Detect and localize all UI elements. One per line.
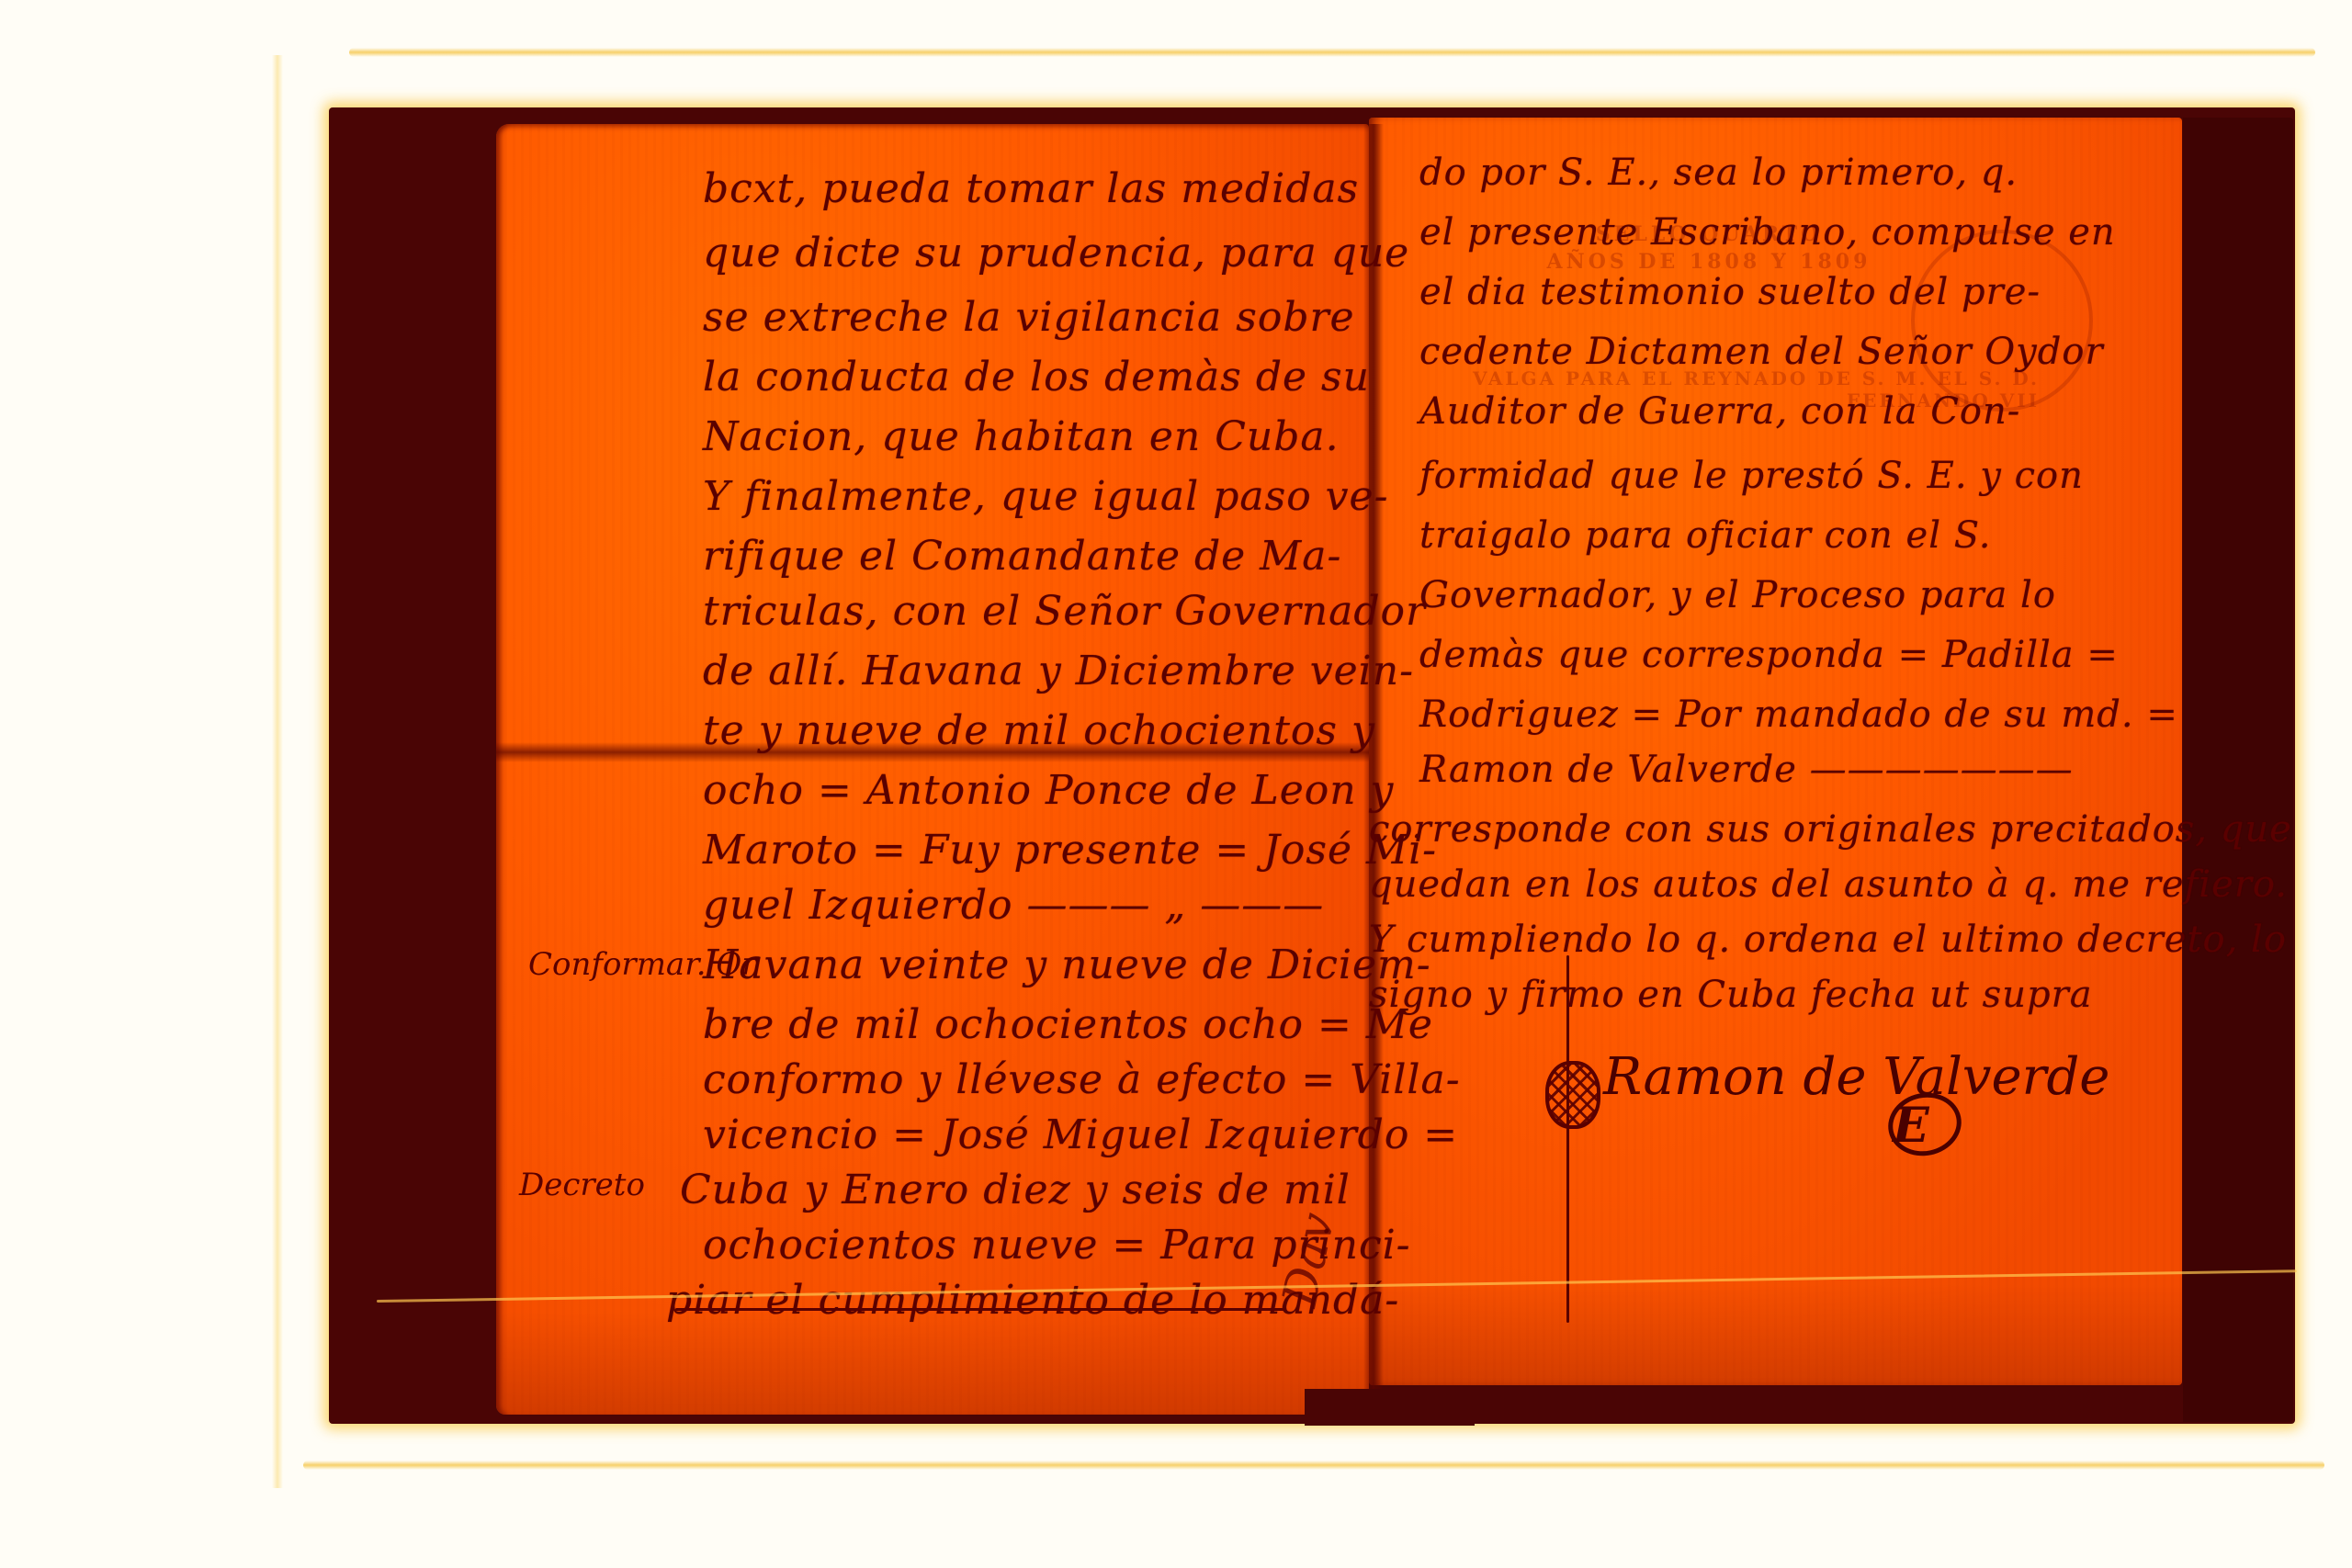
manuscript-line: Y cumpliendo lo q. ordena el ultimo decr… <box>1369 919 2287 961</box>
manuscript-line: traigalo para oficiar con el S. <box>1419 514 1991 557</box>
manuscript-line: la conducta de los demàs de su <box>703 354 1370 400</box>
manuscript-line: triculas, con el Señor Governador <box>703 588 1426 635</box>
manuscript-line: cedente Dictamen del Señor Oydor <box>1419 331 2104 373</box>
mount-edge-top <box>349 48 2315 57</box>
manuscript-line: Y finalmente, que igual paso ve- <box>703 473 1388 520</box>
manuscript-line: Cuba y Enero diez y seis de mil <box>680 1167 1351 1213</box>
manuscript-line: Auditor de Guerra, con la Con- <box>1419 390 2020 433</box>
manuscript-line: de allí. Havana y Diciembre vein- <box>703 648 1414 694</box>
page-shadow <box>1305 1389 1475 1426</box>
notarial-sign-knot <box>1545 1061 1600 1129</box>
manuscript-line: te y nueve de mil ochocientos y <box>703 707 1375 754</box>
notarial-sign-stem <box>1566 955 1569 1323</box>
manuscript-line: Governador, y el Proceso para lo <box>1419 574 2056 616</box>
manuscript-line: bre de mil ochocientos ocho = Me <box>703 1001 1433 1048</box>
manuscript-line: guel Izquierdo ——— „ ——— <box>703 882 1324 929</box>
signature: Ramon de Valverde <box>1603 1047 2109 1107</box>
manuscript-line: conformo y llévese à efecto = Villa- <box>703 1056 1461 1103</box>
manuscript-line: vicencio = José Miguel Izquierdo = <box>703 1111 1458 1158</box>
manuscript-line: rifique el Comandante de Ma- <box>703 533 1341 580</box>
manuscript-line: el dia testimonio suelto del pre- <box>1419 271 2041 313</box>
mount-edge-bottom <box>303 1461 2324 1470</box>
manuscript-line: signo y firmo en Cuba fecha ut supra <box>1369 974 2093 1016</box>
manuscript-line: do por S. E., sea lo primero, q. <box>1419 152 2018 194</box>
manuscript-line: quedan en los autos del asunto à q. me r… <box>1369 863 2288 906</box>
manuscript-line: Nacion, que habitan en Cuba. <box>703 413 1340 460</box>
manuscript-line: formidad que le prestó S. E. y con <box>1419 455 2084 497</box>
margin-note-decreto: Decreto <box>519 1167 645 1203</box>
manuscript-line: el presente Escribano, compulse en <box>1419 211 2116 254</box>
manuscript-line: Havana veinte y nueve de Diciem- <box>703 942 1431 988</box>
manuscript-line: demàs que corresponda = Padilla = <box>1419 634 2119 676</box>
manuscript-line: corresponde con sus originales precitado… <box>1369 808 2292 851</box>
mount-edge-left <box>272 55 283 1488</box>
manuscript-line: se extreche la vigilancia sobre <box>703 294 1355 341</box>
manuscript-line: ocho = Antonio Ponce de Leon y <box>703 767 1394 814</box>
manuscript-line: Rodriguez = Por mandado de su md. = <box>1419 694 2178 736</box>
film-border-right <box>2183 118 2293 1422</box>
manuscript-line: Ramon de Valverde ——————— <box>1419 749 2074 791</box>
manuscript-line: que dicte su prudencia, para que <box>703 230 1409 276</box>
manuscript-line: bcxt, pueda tomar las medidas <box>703 165 1359 212</box>
manuscript-line: Maroto = Fuy presente = José Mi- <box>703 827 1437 874</box>
page-gutter <box>1363 124 1384 1401</box>
closing-underline <box>675 1308 1286 1311</box>
signature-mark: E <box>1893 1098 1929 1154</box>
